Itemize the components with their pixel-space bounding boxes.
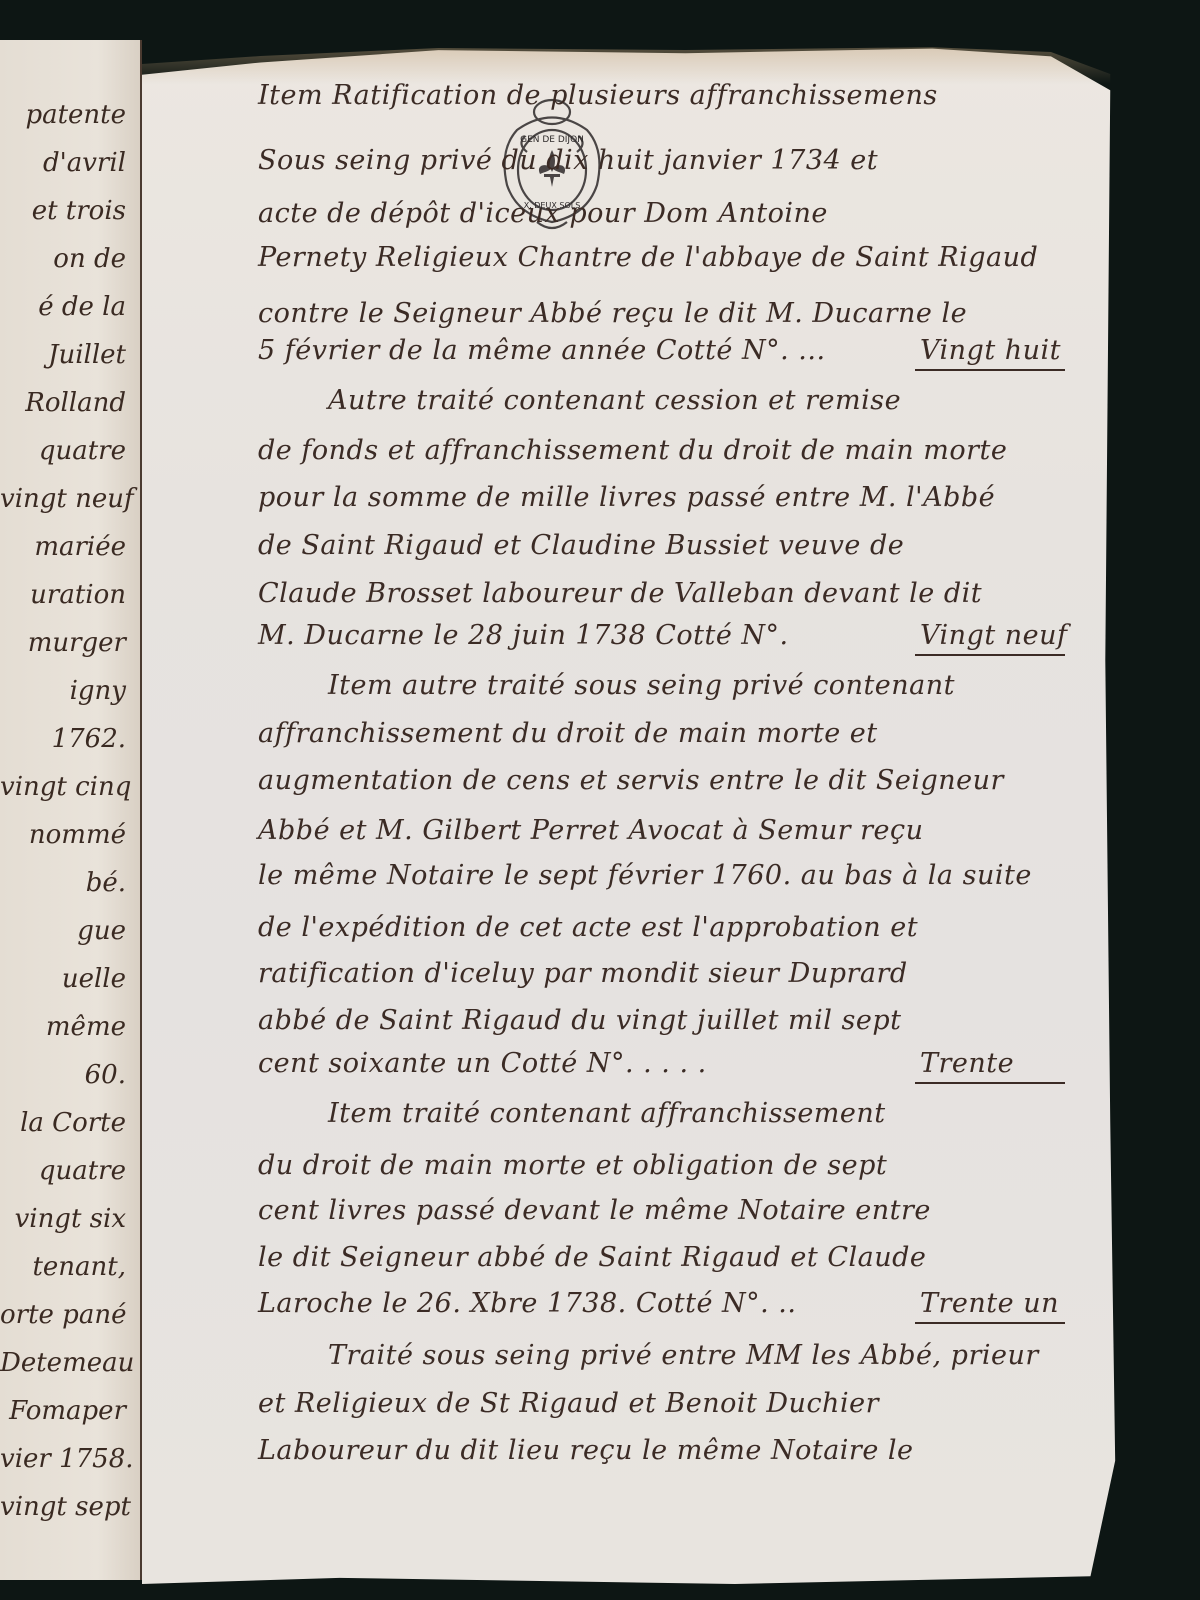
cote-underline bbox=[915, 1082, 1065, 1084]
manuscript-line: affranchissement du droit de main morte … bbox=[258, 718, 878, 749]
left-page-line: gue bbox=[0, 916, 140, 946]
left-page-line: Fomaper bbox=[0, 1396, 140, 1426]
manuscript-line: Item traité contenant affranchissement bbox=[328, 1098, 886, 1129]
manuscript-line: Laroche le 26. Xbre 1738. Cotté N°. .. bbox=[258, 1288, 796, 1319]
cote-number: Trente bbox=[920, 1048, 1014, 1079]
cote-number: Trente un bbox=[920, 1288, 1059, 1319]
left-page-line: vingt cinq bbox=[0, 772, 140, 802]
left-page-line: nommé bbox=[0, 820, 140, 850]
left-page-line: la Corte bbox=[0, 1108, 140, 1138]
manuscript-line: Item Ratification de plusieurs affranchi… bbox=[258, 80, 938, 111]
left-page-line: vier 1758. bbox=[0, 1444, 140, 1474]
left-page-line: patente bbox=[0, 100, 140, 130]
left-page-line: igny bbox=[0, 676, 140, 706]
left-page-line: vingt neuf bbox=[0, 484, 140, 514]
left-page-line: et trois bbox=[0, 196, 140, 226]
left-page-line: tenant, bbox=[0, 1252, 140, 1282]
manuscript-line: de Saint Rigaud et Claudine Bussiet veuv… bbox=[258, 530, 904, 561]
left-page-line: quatre bbox=[0, 436, 140, 466]
manuscript-line: M. Ducarne le 28 juin 1738 Cotté N°. bbox=[258, 620, 789, 651]
manuscript-line: le même Notaire le sept février 1760. au… bbox=[258, 860, 1032, 891]
left-page-line: Detemeau bbox=[0, 1348, 140, 1378]
manuscript-line: 5 février de la même année Cotté N°. ... bbox=[258, 335, 826, 366]
manuscript-line: Sous seing privé du dix huit janvier 173… bbox=[258, 145, 878, 176]
manuscript-line: Abbé et M. Gilbert Perret Avocat à Semur… bbox=[258, 815, 924, 846]
left-page-line: uration bbox=[0, 580, 140, 610]
left-page-line: d'avril bbox=[0, 148, 140, 178]
manuscript-line: de fonds et affranchissement du droit de… bbox=[258, 435, 1007, 466]
left-page-line: murger bbox=[0, 628, 140, 658]
cote-underline bbox=[915, 1322, 1065, 1324]
left-page-line: mariée bbox=[0, 532, 140, 562]
cote-underline bbox=[915, 369, 1065, 371]
manuscript-line: acte de dépôt d'iceux pour Dom Antoine bbox=[258, 198, 828, 229]
left-page-line: bé. bbox=[0, 868, 140, 898]
left-page-line: uelle bbox=[0, 964, 140, 994]
left-page-line: 1762. bbox=[0, 724, 140, 754]
left-page-line: Rolland bbox=[0, 388, 140, 418]
left-page-line: quatre bbox=[0, 1156, 140, 1186]
left-page-fragment: patented'avrilet troison deé de laJuille… bbox=[0, 40, 142, 1580]
left-page-line: 60. bbox=[0, 1060, 140, 1090]
left-page-line: vingt six bbox=[0, 1204, 140, 1234]
manuscript-line: contre le Seigneur Abbé reçu le dit M. D… bbox=[258, 298, 967, 329]
left-page-line: orte pané bbox=[0, 1300, 140, 1330]
manuscript-line: ratification d'iceluy par mondit sieur D… bbox=[258, 958, 908, 989]
manuscript-line: Autre traité contenant cession et remise bbox=[328, 385, 901, 416]
left-page-line: Juillet bbox=[0, 340, 140, 370]
manuscript-line: Item autre traité sous seing privé conte… bbox=[328, 670, 955, 701]
manuscript-line: Claude Brosset laboureur de Valleban dev… bbox=[258, 578, 982, 609]
manuscript-line: abbé de Saint Rigaud du vingt juillet mi… bbox=[258, 1005, 901, 1036]
manuscript-line: cent livres passé devant le même Notaire… bbox=[258, 1195, 931, 1226]
manuscript-line: cent soixante un Cotté N°. . . . . bbox=[258, 1048, 707, 1079]
left-page-line: vingt sept bbox=[0, 1492, 140, 1522]
manuscript-line: de l'expédition de cet acte est l'approb… bbox=[258, 912, 918, 943]
manuscript-line: le dit Seigneur abbé de Saint Rigaud et … bbox=[258, 1242, 926, 1273]
manuscript-line: pour la somme de mille livres passé entr… bbox=[258, 482, 995, 513]
cote-underline bbox=[915, 654, 1065, 656]
cote-number: Vingt neuf bbox=[920, 620, 1068, 651]
cote-number: Vingt huit bbox=[920, 335, 1061, 366]
left-page-line: é de la bbox=[0, 292, 140, 322]
manuscript-line: et Religieux de St Rigaud et Benoit Duch… bbox=[258, 1388, 879, 1419]
page-edge-stain bbox=[142, 44, 1130, 84]
manuscript-line: Laboureur du dit lieu reçu le même Notai… bbox=[258, 1435, 914, 1466]
left-page-line: on de bbox=[0, 244, 140, 274]
stamp-top-text: GEN DE DIJON bbox=[520, 135, 584, 145]
manuscript-line: augmentation de cens et servis entre le … bbox=[258, 765, 1004, 796]
manuscript-line: Traité sous seing privé entre MM les Abb… bbox=[328, 1340, 1039, 1371]
manuscript-line: Pernety Religieux Chantre de l'abbaye de… bbox=[258, 242, 1038, 273]
left-page-line: même bbox=[0, 1012, 140, 1042]
manuscript-line: du droit de main morte et obligation de … bbox=[258, 1150, 887, 1181]
